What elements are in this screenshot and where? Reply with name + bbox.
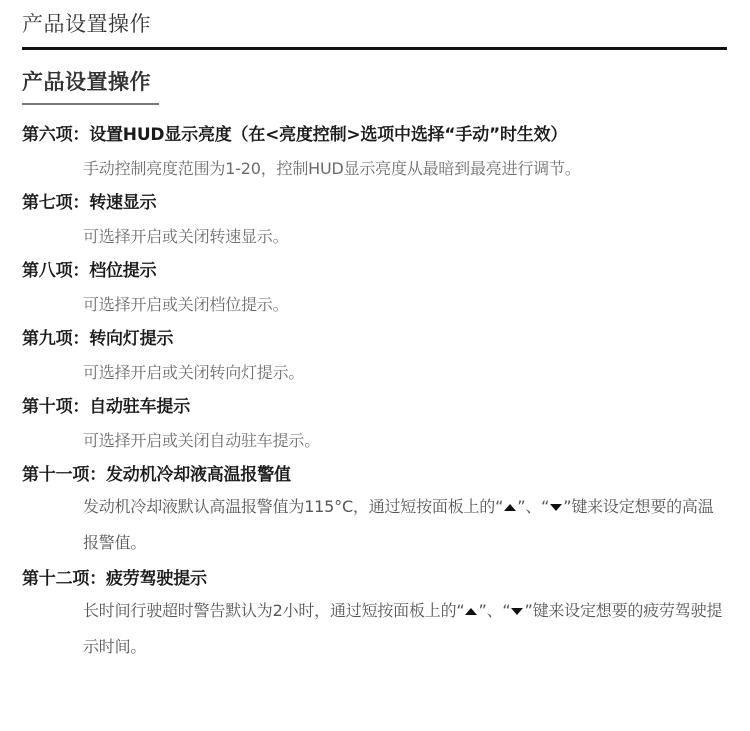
close-quote: ” [478,601,486,620]
setting-item-12: 第十二项：疲劳驾驶提示 长时间行驶超时警告默认为2小时，通过短按面板上的“”、“… [22,567,727,665]
setting-item-7: 第七项：转速显示 可选择开启或关闭转速显示。 [22,191,727,249]
description-text: 长时间行驶超时警告默认为2小时，通过短按面板上的 [83,601,456,620]
item-heading: 第八项：档位提示 [22,259,727,283]
item-heading: 第七项：转速显示 [22,191,727,215]
item-heading: 第十二项：疲劳驾驶提示 [22,567,727,591]
item-description: 可选择开启或关闭转速显示。 [83,225,727,249]
open-quote: “ [502,601,510,620]
item-description: 发动机冷却液默认高温报警值为115°C，通过短按面板上的“”、“”键来设定想要的… [83,489,723,561]
description-text: 发动机冷却液默认高温报警值为115°C，通过短按面板上的 [83,497,495,516]
down-arrow-key-icon [511,608,523,615]
header-divider [22,47,727,50]
setting-item-6: 第六项：设置HUD显示亮度（在<亮度控制>选项中选择“手动”时生效） 手动控制亮… [22,123,727,181]
setting-item-8: 第八项：档位提示 可选择开启或关闭档位提示。 [22,259,727,317]
item-heading: 第九项：转向灯提示 [22,327,727,351]
close-quote: ” [524,601,532,620]
open-quote: “ [456,601,464,620]
up-arrow-key-icon [504,504,516,511]
settings-list: 第六项：设置HUD显示亮度（在<亮度控制>选项中选择“手动”时生效） 手动控制亮… [22,123,727,671]
item-description: 可选择开启或关闭档位提示。 [83,293,727,317]
separator: 、 [487,601,503,620]
item-heading: 第十项：自动驻车提示 [22,395,727,419]
open-quote: “ [495,497,503,516]
setting-item-10: 第十项：自动驻车提示 可选择开启或关闭自动驻车提示。 [22,395,727,453]
section-title-underline [22,103,159,105]
item-description: 长时间行驶超时警告默认为2小时，通过短按面板上的“”、“”键来设定想要的疲劳驾驶… [83,593,723,665]
down-arrow-key-icon [550,504,562,511]
up-arrow-key-icon [465,608,477,615]
separator: 、 [525,497,541,516]
open-quote: “ [541,497,549,516]
page-header-title: 产品设置操作 [22,9,151,39]
item-description: 可选择开启或关闭转向灯提示。 [83,361,727,385]
item-description: 可选择开启或关闭自动驻车提示。 [83,429,727,453]
item-description: 手动控制亮度范围为1-20，控制HUD显示亮度从最暗到最亮进行调节。 [83,157,727,181]
item-heading: 第六项：设置HUD显示亮度（在<亮度控制>选项中选择“手动”时生效） [22,123,727,147]
setting-item-9: 第九项：转向灯提示 可选择开启或关闭转向灯提示。 [22,327,727,385]
section-title: 产品设置操作 [22,66,151,98]
item-heading: 第十一项：发动机冷却液高温报警值 [22,463,727,487]
setting-item-11: 第十一项：发动机冷却液高温报警值 发动机冷却液默认高温报警值为115°C，通过短… [22,463,727,561]
